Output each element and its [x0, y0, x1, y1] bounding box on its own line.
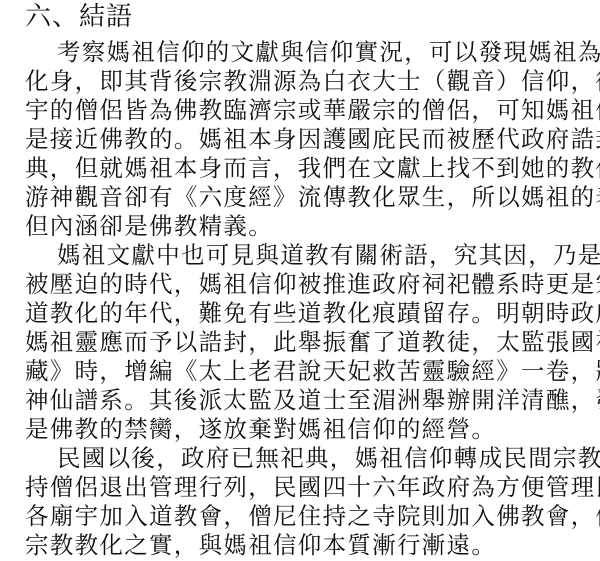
text-line: 考察媽祖信仰的文獻與信仰實況，可以發現媽祖為觀音的轉世或 — [57, 38, 600, 66]
text-line: 典，但就媽祖本身而言，我們在文獻上找不到她的教化宗旨，但其上 — [25, 154, 600, 182]
document-page: 六、結語 考察媽祖信仰的文獻與信仰實況，可以發現媽祖為觀音的轉世或 化身，即其背… — [0, 0, 600, 561]
text-line: 各廟宇加入道教會，僧尼住持之寺院則加入佛教會，但徒具其名而無 — [25, 502, 600, 530]
text-line: 化身，即其背後宗教淵源為白衣大士（觀音）信仰，後世住持媽祖廟 — [25, 67, 600, 95]
text-line: 游神觀音卻有《六度經》流傳教化眾生，所以媽祖的表象是政府祠祀， — [25, 183, 600, 211]
text-line: 民國以後，政府已無祀典，媽祖信仰轉成民間宗教團體組織，住 — [57, 444, 600, 472]
text-line: 持僧侶退出管理行列，民國四十六年政府為方便管理民間信仰，通令 — [25, 473, 600, 501]
section-title: 六、結語 — [25, 2, 133, 32]
text-line: 是佛教的禁臠，遂放棄對媽祖信仰的經營。 — [25, 415, 496, 443]
text-line: 宗教教化之實，與媽祖信仰本質漸行漸遠。 — [25, 531, 496, 559]
text-line: 道教化的年代，難免有些道教化痕蹟留存。明朝時政府因鄭和下西洋 — [25, 299, 600, 327]
text-line: 藏》時，增編《太上老君說天妃救苦靈驗經》一卷，將天妃納入道教 — [25, 357, 600, 385]
text-line: 宇的僧侶皆為佛教臨濟宗或華嚴宗的僧侶，可知媽祖信仰的宗教本質 — [25, 96, 600, 124]
text-line: 媽祖靈應而予以誥封，此舉振奮了道教徒，太監張國祥等在新修《道 — [25, 328, 600, 356]
text-line: 是接近佛教的。媽祖本身因護國庇民而被歷代政府誥封，成為國家祀 — [25, 125, 600, 153]
text-line: 被壓迫的時代，媽祖信仰被推進政府祠祀體系時更是宋徽宗強迫佛教 — [25, 270, 600, 298]
text-line: 媽祖文獻中也可見與道教有關術語，究其因，乃是媽祖生於佛教 — [57, 241, 600, 269]
text-line: 神仙譜系。其後派太監及道士至湄洲舉辦開洋清醮，發現媽祖信仰已 — [25, 386, 600, 414]
text-line: 但內涵卻是佛教精義。 — [25, 212, 273, 240]
